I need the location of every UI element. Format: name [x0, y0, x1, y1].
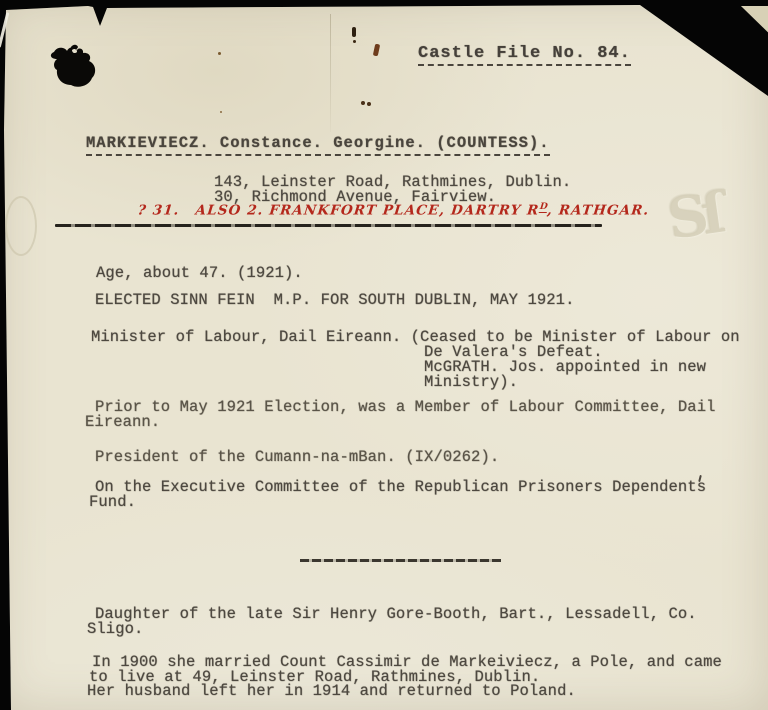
executive-line-1: On the Executive Committee of the Republ…	[95, 480, 706, 495]
executive-line-2: Fund.	[89, 495, 136, 510]
stray-ink-dot	[353, 40, 356, 43]
section-divider-dashes	[300, 559, 501, 562]
daughter-line-2: Sligo.	[87, 622, 143, 637]
minister-line-1: Minister of Labour, Dail Eireann. (Cease…	[91, 330, 740, 345]
age-line: Age, about 47. (1921).	[96, 266, 303, 281]
handwritten-address-annotation: ? 31.ALSO 2. FRANKFORT PLACE, DARTRY RD,…	[137, 202, 650, 219]
subject-title: MARKIEVIECZ. Constance. Georgine. (COUNT…	[86, 136, 550, 156]
ink-blot	[44, 42, 102, 90]
foxing-speck	[218, 52, 221, 55]
embossed-seal-watermark: S ſ	[663, 171, 768, 260]
president-line: President of the Cumann-na-mBan. (IX/026…	[95, 450, 499, 465]
stray-ink-comma	[373, 44, 380, 57]
annotation-text-end: , RATHGAR.	[546, 203, 650, 219]
scanned-document-background: S ſ Castle File No. 84. MARKIEVIECZ. Con…	[0, 0, 768, 710]
stray-dot-right	[367, 102, 371, 106]
minister-line-4: Ministry).	[424, 375, 518, 390]
elected-line: ELECTED SINN FEIN M.P. FOR SOUTH DUBLIN,…	[95, 293, 574, 308]
annotation-query-mark: ? 31.	[137, 203, 180, 219]
faint-ring-stain	[5, 196, 37, 256]
foxing-speck-small	[220, 111, 222, 113]
marriage-line-3: Her husband left her in 1914 and returne…	[87, 684, 576, 699]
stray-ink-mark	[352, 27, 356, 37]
document-page: S ſ Castle File No. 84. MARKIEVIECZ. Con…	[0, 0, 768, 710]
annotation-text: ALSO 2. FRANKFORT PLACE, DARTRY R	[195, 203, 541, 219]
annotation-underline	[55, 224, 602, 227]
stray-dot-left	[361, 101, 365, 105]
file-reference: Castle File No. 84.	[418, 46, 631, 66]
torn-corner-fragment	[735, 6, 768, 36]
paper-crease	[330, 14, 331, 132]
prior-line-1: Prior to May 1921 Election, was a Member…	[95, 400, 716, 415]
daughter-line-1: Daughter of the late Sir Henry Gore-Boot…	[95, 607, 697, 622]
prior-line-2: Eireann.	[85, 415, 160, 430]
